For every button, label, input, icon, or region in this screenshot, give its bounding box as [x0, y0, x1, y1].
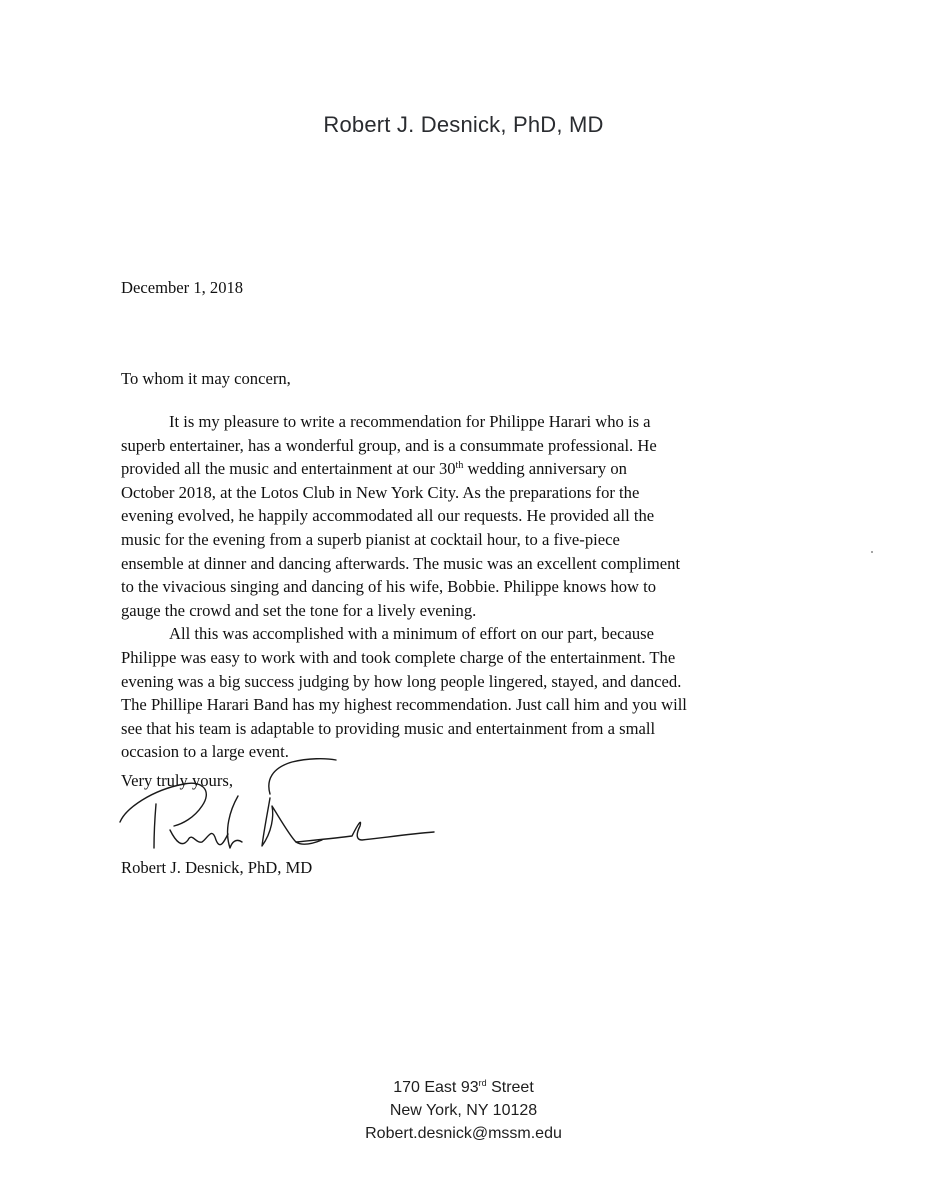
- footer-city: New York, NY 10128: [0, 1099, 927, 1122]
- letter-date: December 1, 2018: [121, 278, 243, 298]
- letter-body: It is my pleasure to write a recommendat…: [121, 410, 841, 764]
- body-line: The Phillipe Harari Band has my highest …: [121, 693, 841, 717]
- handwritten-signature: [112, 750, 442, 860]
- body-line: All this was accomplished with a minimum…: [121, 622, 841, 646]
- body-line: ensemble at dinner and dancing afterward…: [121, 552, 841, 576]
- body-line: superb entertainer, has a wonderful grou…: [121, 434, 841, 458]
- paragraph-1: It is my pleasure to write a recommendat…: [121, 410, 841, 622]
- street-text: 170 East 93: [393, 1079, 478, 1096]
- body-line: music for the evening from a superb pian…: [121, 528, 841, 552]
- body-line-text: provided all the music and entertainment…: [121, 459, 456, 478]
- footer-street: 170 East 93rd Street: [0, 1076, 927, 1099]
- body-line: see that his team is adaptable to provid…: [121, 717, 841, 741]
- body-line: October 2018, at the Lotos Club in New Y…: [121, 481, 841, 505]
- body-line: gauge the crowd and set the tone for a l…: [121, 599, 841, 623]
- paragraph-2: All this was accomplished with a minimum…: [121, 622, 841, 764]
- body-line: It is my pleasure to write a recommendat…: [121, 410, 841, 434]
- signer-name: Robert J. Desnick, PhD, MD: [121, 858, 312, 878]
- body-line: provided all the music and entertainment…: [121, 457, 841, 481]
- body-line: evening was a big success judging by how…: [121, 670, 841, 694]
- street-text: Street: [487, 1079, 534, 1096]
- letterhead-name: Robert J. Desnick, PhD, MD: [0, 112, 927, 138]
- footer-address: 170 East 93rd Street New York, NY 10128 …: [0, 1076, 927, 1145]
- body-line: Philippe was easy to work with and took …: [121, 646, 841, 670]
- body-line: to the vivacious singing and dancing of …: [121, 575, 841, 599]
- ordinal-suffix: rd: [479, 1078, 487, 1088]
- scan-speck: [871, 551, 873, 553]
- salutation: To whom it may concern,: [121, 369, 291, 389]
- body-line: evening evolved, he happily accommodated…: [121, 504, 841, 528]
- footer-email: Robert.desnick@mssm.edu: [0, 1122, 927, 1145]
- body-line-text: wedding anniversary on: [463, 459, 627, 478]
